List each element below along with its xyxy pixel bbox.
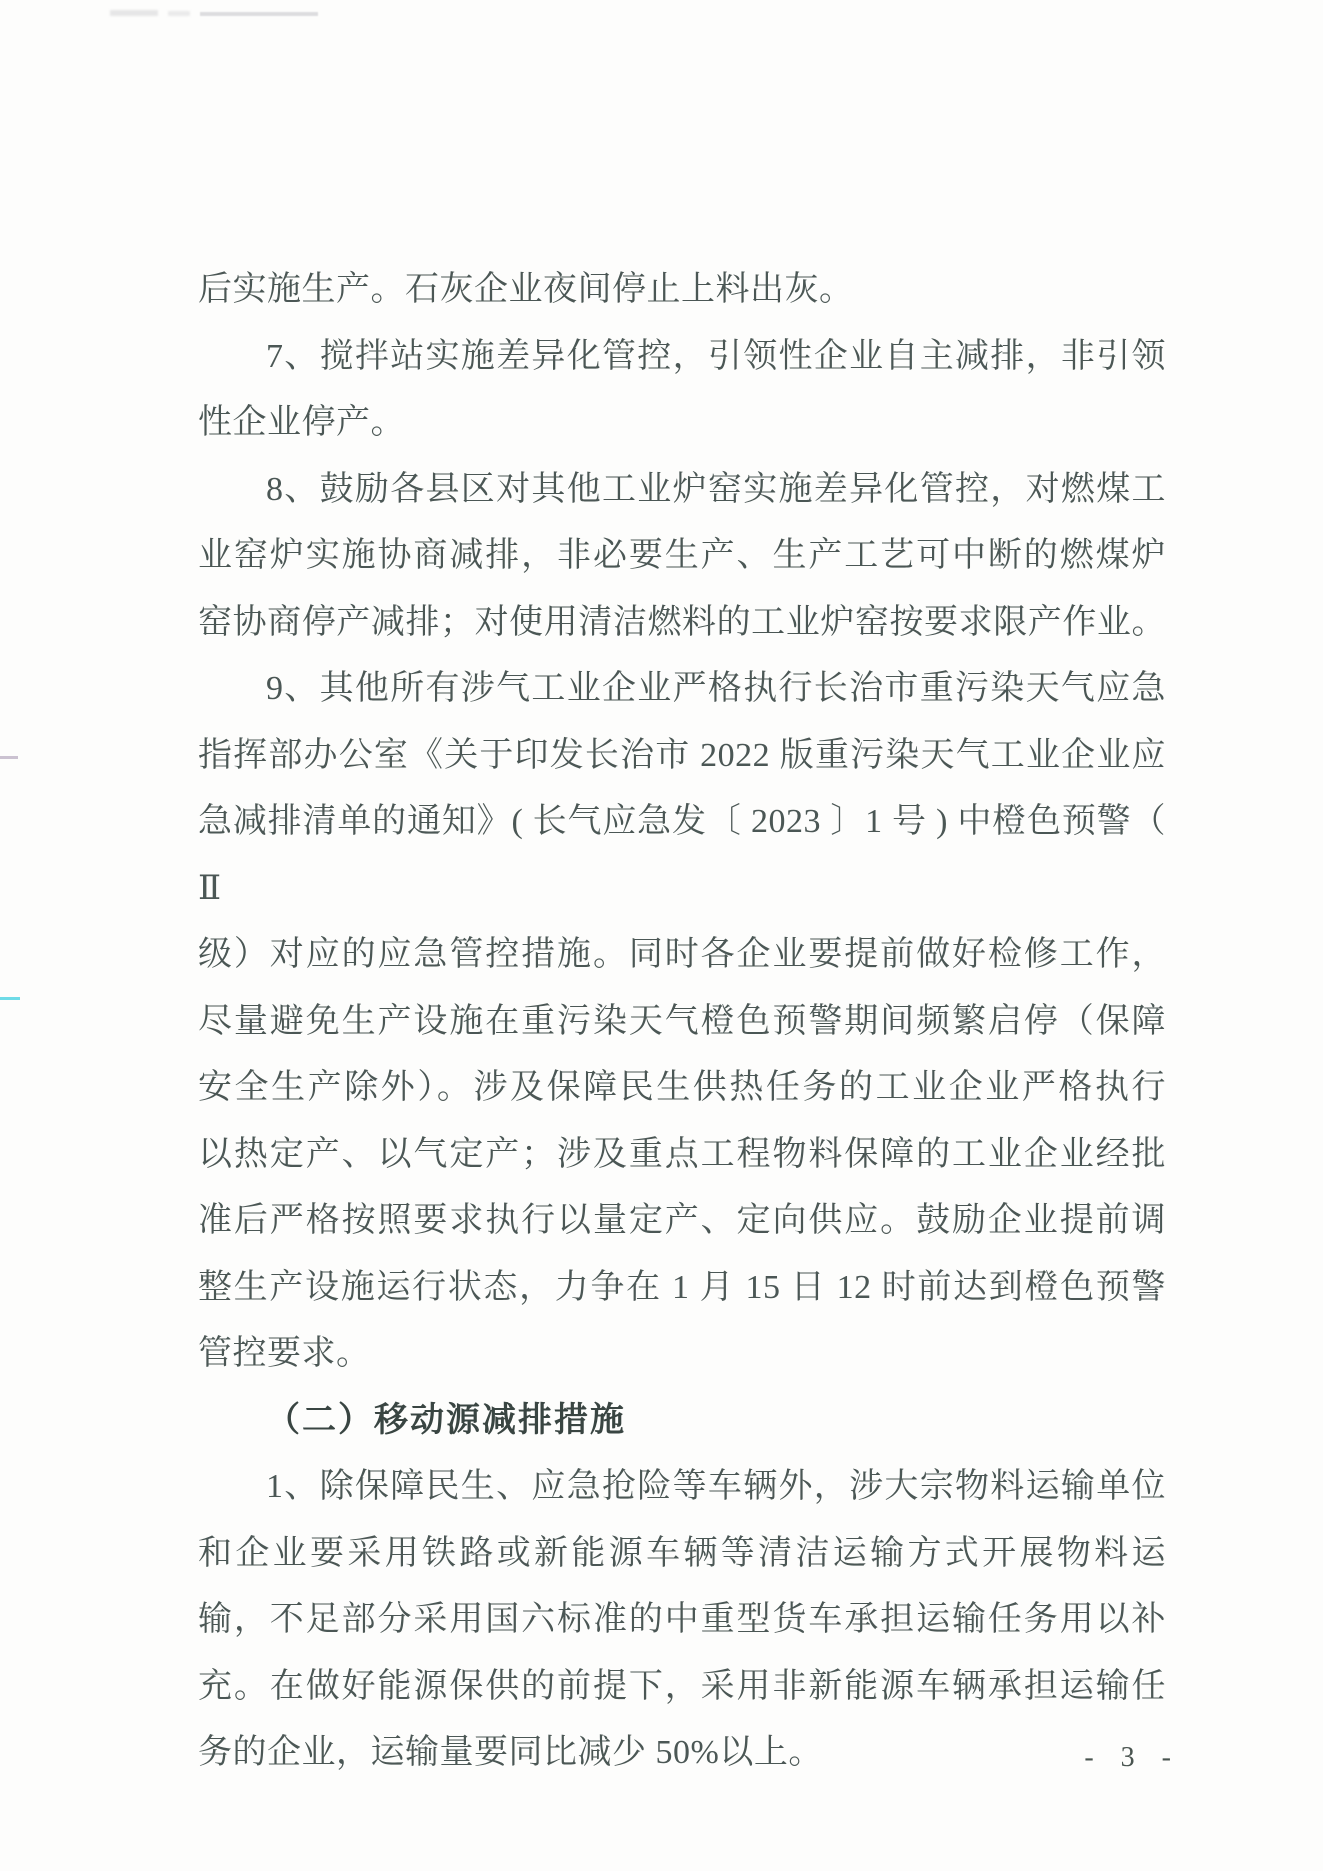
text-line: 输，不足部分采用国六标准的中重型货车承担运输任务用以补	[198, 1587, 1166, 1654]
text-line: 以热定产、以气定产；涉及重点工程物料保障的工业企业经批	[198, 1122, 1166, 1189]
text-line: 8、鼓励各县区对其他工业炉窑实施差异化管控，对燃煤工	[198, 457, 1166, 524]
page-number: - 3 -	[1084, 1742, 1181, 1774]
text-line: 尽量避免生产设施在重污染天气橙色预警期间频繁启停（保障	[198, 989, 1166, 1056]
body-text: 后实施生产。石灰企业夜间停止上料出灰。 7、搅拌站实施差异化管控，引领性企业自主…	[198, 257, 1166, 1787]
scan-artifact-top-streak-3	[200, 12, 318, 16]
text-line: 1、除保障民生、应急抢险等车辆外，涉大宗物料运输单位	[198, 1454, 1166, 1521]
scan-artifact-left-gray-line	[0, 756, 18, 759]
text-line: 安全生产除外）。涉及保障民生供热任务的工业企业严格执行	[198, 1055, 1166, 1122]
text-line: 窑协商停产减排；对使用清洁燃料的工业炉窑按要求限产作业。	[198, 590, 1166, 657]
text-line: 急减排清单的通知》( 长气应急发〔 2023 〕1 号 ) 中橙色预警（ Ⅱ	[198, 789, 1166, 922]
scan-artifact-left-cyan-line	[0, 997, 20, 1000]
text-line: 务的企业，运输量要同比减少 50%以上。	[198, 1720, 1166, 1787]
text-line: 业窑炉实施协商减排，非必要生产、生产工艺可中断的燃煤炉	[198, 523, 1166, 590]
text-line: 7、搅拌站实施差异化管控，引领性企业自主减排，非引领	[198, 324, 1166, 391]
text-line: 指挥部办公室《关于印发长治市 2022 版重污染天气工业企业应	[198, 723, 1166, 790]
text-line: 后实施生产。石灰企业夜间停止上料出灰。	[198, 257, 1166, 324]
text-line: 整生产设施运行状态，力争在 1 月 15 日 12 时前达到橙色预警	[198, 1255, 1166, 1322]
text-line: 级）对应的应急管控措施。同时各企业要提前做好检修工作，	[198, 922, 1166, 989]
text-line: 性企业停产。	[198, 390, 1166, 457]
scan-artifact-top-streak-1	[110, 10, 158, 16]
section-heading: （二）移动源减排措施	[198, 1388, 1166, 1455]
text-line: 管控要求。	[198, 1321, 1166, 1388]
scan-artifact-top-streak-2	[168, 11, 190, 16]
text-line: 和企业要采用铁路或新能源车辆等清洁运输方式开展物料运	[198, 1521, 1166, 1588]
text-line: 充。在做好能源保供的前提下，采用非新能源车辆承担运输任	[198, 1654, 1166, 1721]
text-line: 准后严格按照要求执行以量定产、定向供应。鼓励企业提前调	[198, 1188, 1166, 1255]
document-page: 后实施生产。石灰企业夜间停止上料出灰。 7、搅拌站实施差异化管控，引领性企业自主…	[0, 0, 1323, 1871]
text-line: 9、其他所有涉气工业企业严格执行长治市重污染天气应急	[198, 656, 1166, 723]
